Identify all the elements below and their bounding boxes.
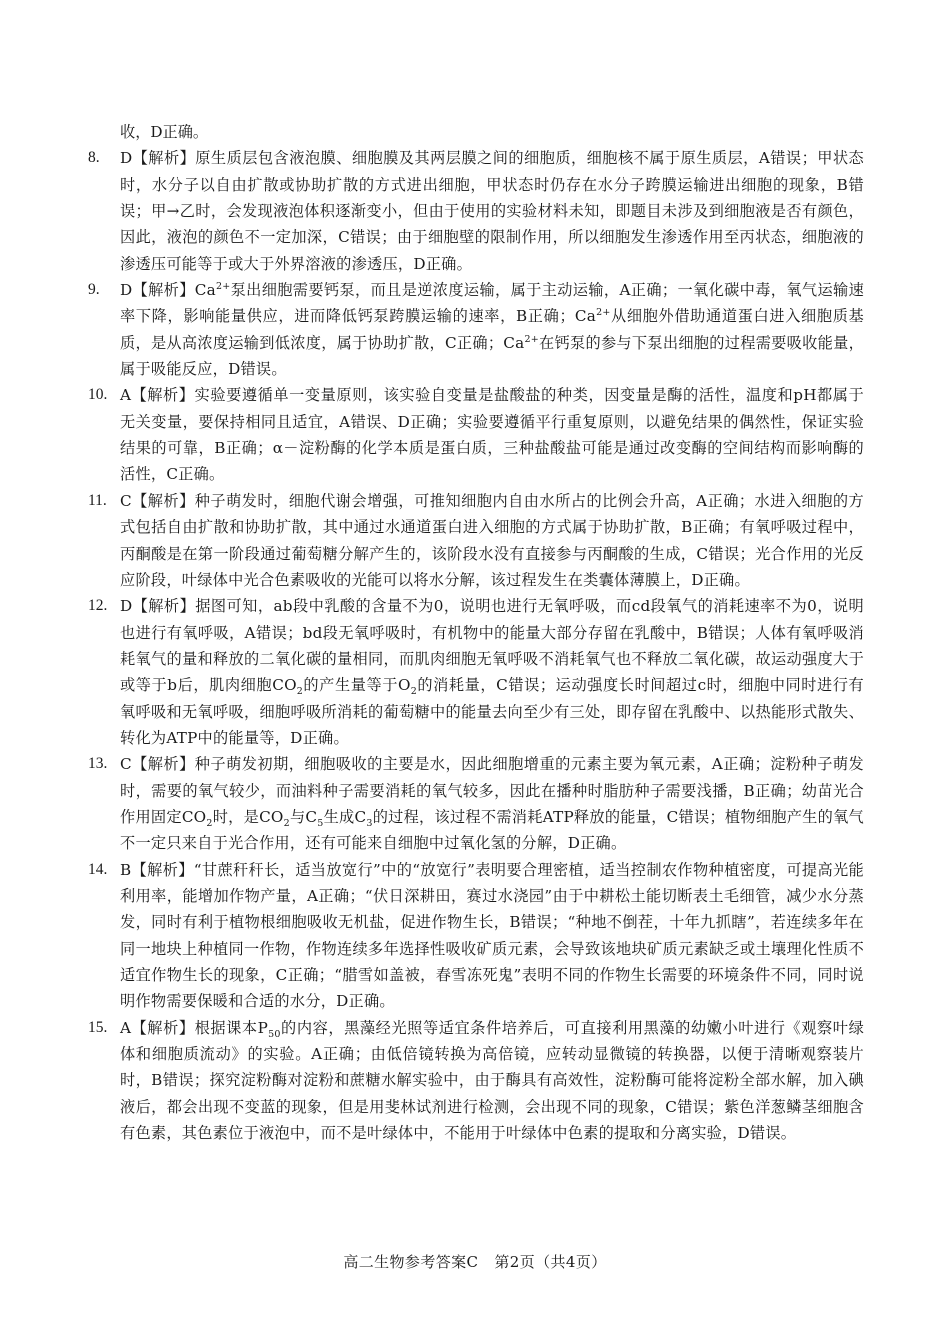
text-segment: 时，是CO: [213, 808, 284, 826]
item-explanation: C【解析】种子萌发初期，细胞吸收的主要是水，因此细胞增重的元素主要为氧元素，A正…: [120, 751, 864, 856]
subscript: 50: [268, 1029, 281, 1040]
superscript: 2+: [524, 334, 539, 345]
item-explanation: B【解析】“甘蔗秆秆长，适当放宽行”中的“放宽行”表明要合理密植，适当控制农作物…: [120, 857, 864, 1015]
answer-item-11: 11.C【解析】种子萌发时，细胞代谢会增强，可推知细胞内自由水所占的比例会升高，…: [88, 488, 864, 593]
superscript: 2+: [596, 307, 611, 318]
item-number: 10.: [88, 382, 118, 408]
item-number: 11.: [88, 488, 118, 514]
item-explanation: D【解析】Ca2+泵出细胞需要钙泵，而且是逆浓度运输，属于主动运输，A正确；一氧…: [120, 277, 864, 382]
item-number: 14.: [88, 857, 118, 883]
item-explanation: C【解析】种子萌发时，细胞代谢会增强，可推知细胞内自由水所占的比例会升高，A正确…: [120, 488, 864, 593]
page-footer: 高二生物参考答案C第2页（共4页）: [0, 1251, 950, 1273]
item-explanation: D【解析】据图可知，ab段中乳酸的含量不为0，说明也进行无氧呼吸，而cd段氧气的…: [120, 593, 864, 751]
answer-list: 8.D【解析】原生质层包含液泡膜、细胞膜及其两层膜之间的细胞质，细胞核不属于原生…: [88, 145, 864, 1146]
answer-item-13: 13.C【解析】种子萌发初期，细胞吸收的主要是水，因此细胞增重的元素主要为氧元素…: [88, 751, 864, 856]
continuation-line: 收，D正确。: [88, 119, 864, 145]
answer-item-10: 10.A【解析】实验要遵循单一变量原则，该实验自变量是盐酸盐的种类，因变量是酶的…: [88, 382, 864, 487]
item-explanation: D【解析】原生质层包含液泡膜、细胞膜及其两层膜之间的细胞质，细胞核不属于原生质层…: [120, 145, 864, 277]
text-segment: A【解析】实验要遵循单一变量原则，该实验自变量是盐酸盐的种类，因变量是酶的活性，…: [120, 386, 864, 483]
text-segment: 的内容，黑藻经光照等适宜条件培养后，可直接利用黑藻的幼嫩小叶进行《观察叶绿体和细…: [120, 1019, 864, 1142]
item-number: 8.: [88, 145, 118, 171]
answer-item-9: 9.D【解析】Ca2+泵出细胞需要钙泵，而且是逆浓度运输，属于主动运输，A正确；…: [88, 277, 864, 382]
item-number: 9.: [88, 277, 118, 303]
answer-explanations: 收，D正确。 8.D【解析】原生质层包含液泡膜、细胞膜及其两层膜之间的细胞质，细…: [88, 119, 864, 1146]
answer-item-15: 15.A【解析】根据课本P50的内容，黑藻经光照等适宜条件培养后，可直接利用黑藻…: [88, 1015, 864, 1147]
text-segment: A【解析】根据课本P: [120, 1019, 268, 1037]
text-segment: 与C: [290, 808, 317, 826]
text-segment: C【解析】种子萌发时，细胞代谢会增强，可推知细胞内自由水所占的比例会升高，A正确…: [120, 492, 864, 589]
item-number: 12.: [88, 593, 118, 619]
text-segment: D【解析】Ca: [120, 281, 216, 299]
answer-item-8: 8.D【解析】原生质层包含液泡膜、细胞膜及其两层膜之间的细胞质，细胞核不属于原生…: [88, 145, 864, 277]
item-explanation: A【解析】实验要遵循单一变量原则，该实验自变量是盐酸盐的种类，因变量是酶的活性，…: [120, 382, 864, 487]
superscript: 2+: [216, 281, 231, 292]
item-explanation: A【解析】根据课本P50的内容，黑藻经光照等适宜条件培养后，可直接利用黑藻的幼嫩…: [120, 1015, 864, 1147]
text-segment: 生成C: [324, 808, 367, 826]
footer-title: 高二生物参考答案C: [343, 1253, 478, 1271]
text-segment: 的产生量等于O: [303, 676, 411, 694]
text-segment: B【解析】“甘蔗秆秆长，适当放宽行”中的“放宽行”表明要合理密植，适当控制农作物…: [120, 861, 864, 1011]
footer-page-info: 第2页（共4页）: [494, 1253, 606, 1271]
answer-item-14: 14.B【解析】“甘蔗秆秆长，适当放宽行”中的“放宽行”表明要合理密植，适当控制…: [88, 857, 864, 1015]
item-number: 13.: [88, 751, 118, 777]
text-segment: D【解析】原生质层包含液泡膜、细胞膜及其两层膜之间的细胞质，细胞核不属于原生质层…: [120, 149, 864, 272]
document-page: 收，D正确。 8.D【解析】原生质层包含液泡膜、细胞膜及其两层膜之间的细胞质，细…: [0, 0, 950, 1344]
item-number: 15.: [88, 1015, 118, 1041]
answer-item-12: 12.D【解析】据图可知，ab段中乳酸的含量不为0，说明也进行无氧呼吸，而cd段…: [88, 593, 864, 751]
